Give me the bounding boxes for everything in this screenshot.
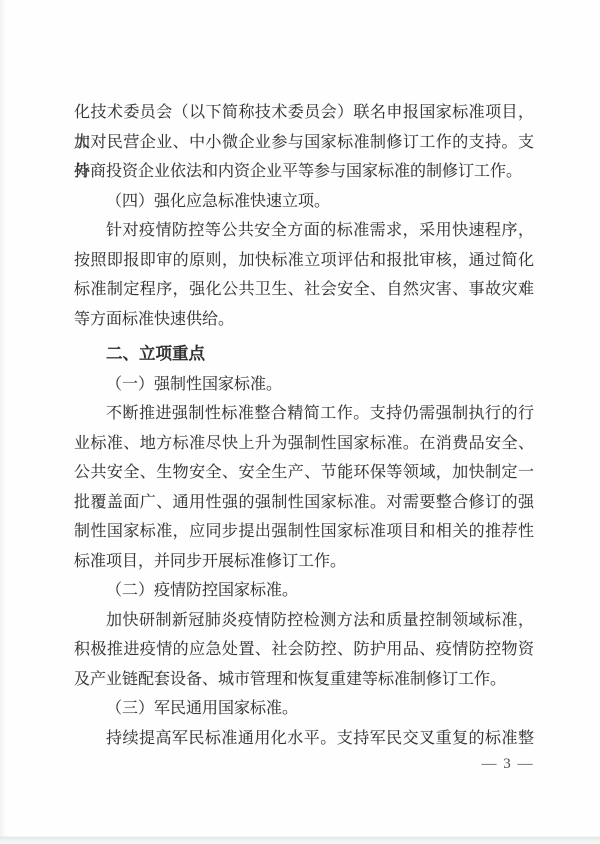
page-number: — 3 — <box>74 750 548 780</box>
document-line: （三）军民通用国家标准。 <box>74 694 534 724</box>
document-line: 化技术委员会（以下简称技术委员会）联名申报国家标准项目，加 <box>74 98 534 128</box>
document-line: 及产业链配套设备、城市管理和恢复重建等标准制修订工作。 <box>74 665 534 695</box>
document-line: 业标准、地方标准尽快上升为强制性国家标准。在消费品安全、 <box>74 429 534 459</box>
document-line: 公共安全、生物安全、安全生产、节能环保等领域，加快制定一 <box>74 458 534 488</box>
document-line: 批覆盖面广、通用性强的强制性国家标准。对需要整合修订的强 <box>74 488 534 518</box>
document-line: 标准制定程序，强化公共卫生、社会安全、自然灾害、事故灾难 <box>74 275 534 305</box>
document-line: 制性国家标准，应同步提出强制性国家标准项目和相关的推荐性 <box>74 517 534 547</box>
document-line: （二）疫情防控国家标准。 <box>74 576 534 606</box>
document-page: 化技术委员会（以下简称技术委员会）联名申报国家标准项目，加大对民营企业、中小微企… <box>0 0 600 844</box>
scan-left-edge <box>0 0 7 844</box>
document-line: 积极推进疫情的应急处置、社会防控、防护用品、疫情防控物资 <box>74 635 534 665</box>
document-line: 外商投资企业依法和内资企业平等参与国家标准的制修订工作。 <box>74 157 534 187</box>
text-block: 化技术委员会（以下简称技术委员会）联名申报国家标准项目，加大对民营企业、中小微企… <box>74 98 534 753</box>
document-line: 大对民营企业、中小微企业参与国家标准制修订工作的支持。支持 <box>74 128 534 158</box>
document-line: （四）强化应急标准快速立项。 <box>74 187 534 217</box>
document-line: 针对疫情防控等公共安全方面的标准需求，采用快速程序， <box>74 216 534 246</box>
scan-bottom-edge <box>0 835 600 844</box>
section-heading: 二、立项重点 <box>74 340 534 370</box>
document-line: 持续提高军民标准通用化水平。支持军民交叉重复的标准整 <box>74 724 534 754</box>
document-line: 按照即报即审的原则，加快标准立项评估和报批审核，通过简化 <box>74 246 534 276</box>
document-line: 不断推进强制性标准整合精简工作。支持仍需强制执行的行 <box>74 399 534 429</box>
document-line: 等方面标准快速供给。 <box>74 305 534 335</box>
document-line: 加快研制新冠肺炎疫情防控检测方法和质量控制领域标准， <box>74 606 534 636</box>
document-line: 标准项目，并同步开展标准修订工作。 <box>74 547 534 577</box>
document-line: （一）强制性国家标准。 <box>74 370 534 400</box>
